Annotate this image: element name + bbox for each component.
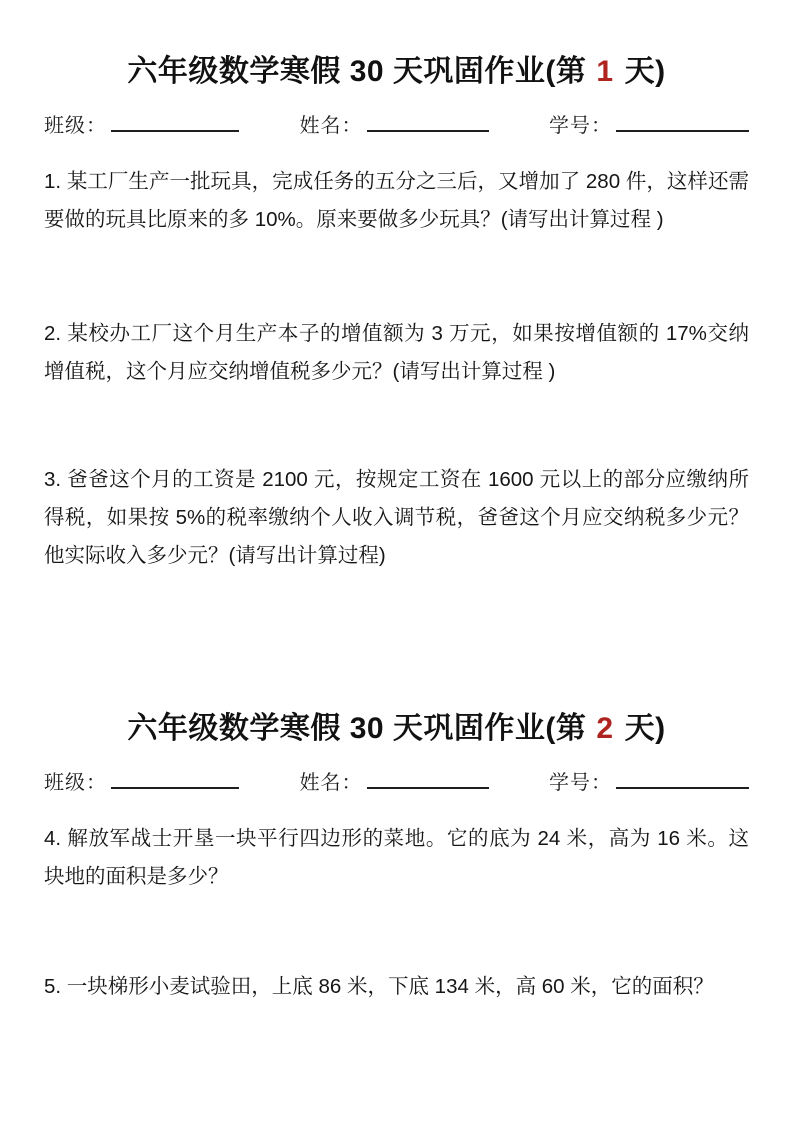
problem-4: 4. 解放军战士开垦一块平行四边形的菜地。它的底为 24 米，高为 16 米。这…: [44, 820, 749, 896]
class-blank-line: [111, 112, 239, 132]
title-suffix: 天): [625, 55, 666, 88]
day-number: 1: [596, 55, 613, 88]
worksheet-page: 六年级数学寒假 30 天巩固作业(第1天) 班级： 姓名： 学号： 1. 某工厂…: [0, 0, 793, 1122]
problem-2: 2. 某校办工厂这个月生产本子的增值额为 3 万元，如果按增值额的 17%交纳增…: [44, 315, 749, 391]
student-id-label: 学号：: [549, 772, 612, 794]
class-field: 班级：: [44, 769, 239, 796]
section-title-day2: 六年级数学寒假 30 天巩固作业(第2天): [44, 709, 749, 749]
worksheet-section-day1: 六年级数学寒假 30 天巩固作业(第1天) 班级： 姓名： 学号： 1. 某工厂…: [44, 0, 749, 575]
student-id-blank-line: [616, 769, 749, 789]
name-field: 姓名：: [300, 112, 489, 139]
day-number: 2: [596, 712, 613, 745]
student-id-field: 学号：: [549, 769, 749, 796]
student-id-field: 学号：: [549, 112, 749, 139]
problem-1: 1. 某工厂生产一批玩具，完成任务的五分之三后，又增加了 280 件，这样还需要…: [44, 163, 749, 239]
class-label: 班级：: [44, 115, 107, 137]
title-suffix: 天): [625, 712, 666, 745]
student-id-blank-line: [616, 112, 749, 132]
section-title-day1: 六年级数学寒假 30 天巩固作业(第1天): [44, 0, 749, 92]
title-prefix: 六年级数学寒假 30 天巩固作业(第: [127, 55, 586, 88]
class-label: 班级：: [44, 772, 107, 794]
name-blank-line: [367, 112, 489, 132]
student-info-form: 班级： 姓名： 学号：: [44, 112, 749, 139]
problem-3: 3. 爸爸这个月的工资是 2100 元，按规定工资在 1600 元以上的部分应缴…: [44, 461, 749, 575]
name-label: 姓名：: [300, 772, 363, 794]
name-blank-line: [367, 769, 489, 789]
problem-5: 5. 一块梯形小麦试验田，上底 86 米，下底 134 米，高 60 米，它的面…: [44, 968, 749, 1006]
class-field: 班级：: [44, 112, 239, 139]
worksheet-section-day2: 六年级数学寒假 30 天巩固作业(第2天) 班级： 姓名： 学号： 4. 解放军…: [44, 709, 749, 1006]
class-blank-line: [111, 769, 239, 789]
student-info-form: 班级： 姓名： 学号：: [44, 769, 749, 796]
name-label: 姓名：: [300, 115, 363, 137]
student-id-label: 学号：: [549, 115, 612, 137]
title-prefix: 六年级数学寒假 30 天巩固作业(第: [127, 712, 586, 745]
name-field: 姓名：: [300, 769, 489, 796]
